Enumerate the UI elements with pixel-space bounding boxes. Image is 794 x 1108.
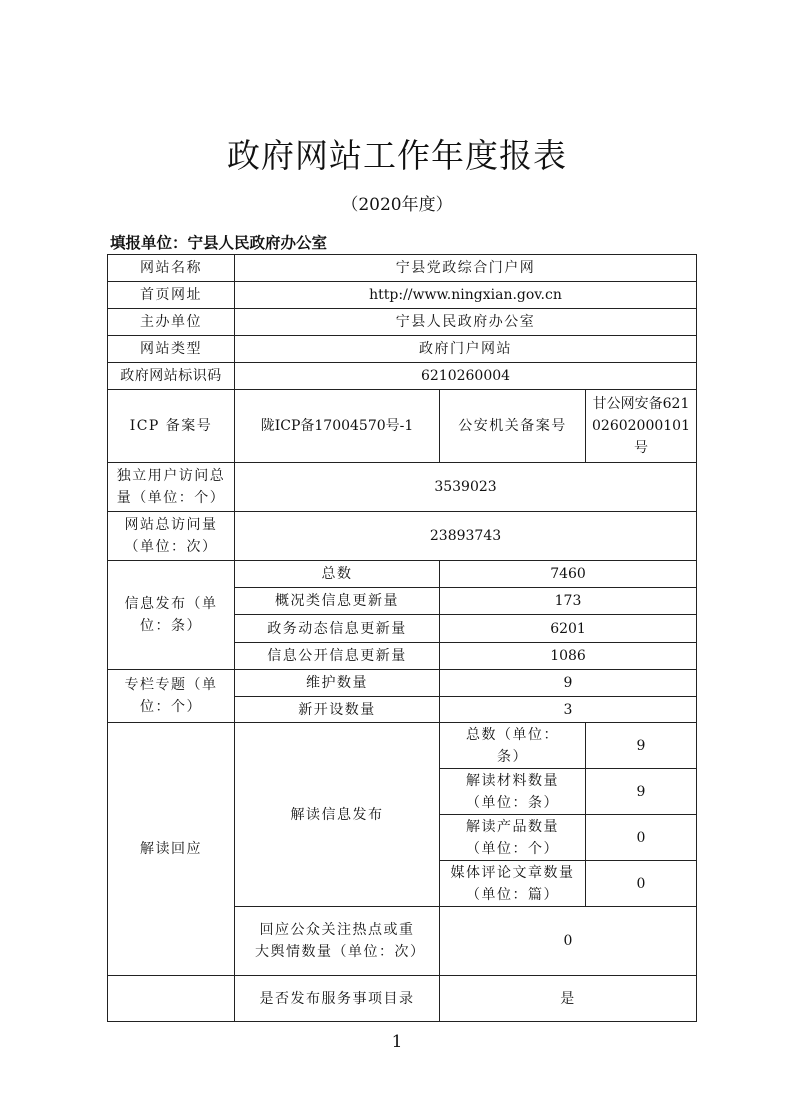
total-visits-value: 23893743 xyxy=(235,512,697,561)
table-row: 解读回应 解读信息发布 总数（单位：条） 9 xyxy=(108,723,697,769)
report-table: 网站名称 宁县党政综合门户网 首页网址 http://www.ningxian.… xyxy=(107,254,697,1022)
service-catalog-label: 是否发布服务事项目录 xyxy=(235,976,440,1022)
site-type-label: 网站类型 xyxy=(108,336,235,363)
table-row: 是否发布服务事项目录 是 xyxy=(108,976,697,1022)
hotspot-response-value: 0 xyxy=(440,907,697,976)
site-name-label: 网站名称 xyxy=(108,255,235,282)
police-record-label: 公安机关备案号 xyxy=(440,390,586,463)
table-row: 首页网址 http://www.ningxian.gov.cn xyxy=(108,282,697,309)
table-row: 政府网站标识码 6210260004 xyxy=(108,363,697,390)
table-row: 网站名称 宁县党政综合门户网 xyxy=(108,255,697,282)
maintained-count-value: 9 xyxy=(440,670,697,697)
disclosure-update-label: 信息公开信息更新量 xyxy=(235,643,440,670)
info-release-label: 信息发布（单位：条） xyxy=(108,561,235,670)
unique-visitors-value: 3539023 xyxy=(235,463,697,512)
table-row: 网站总访问量（单位：次） 23893743 xyxy=(108,512,697,561)
table-row: 专栏专题（单位：个） 维护数量 9 xyxy=(108,670,697,697)
site-name-value: 宁县党政综合门户网 xyxy=(235,255,697,282)
overview-update-label: 概况类信息更新量 xyxy=(235,588,440,615)
materials-count-label: 解读材料数量（单位：条） xyxy=(440,769,586,815)
new-count-value: 3 xyxy=(440,697,697,723)
table-row: 网站类型 政府门户网站 xyxy=(108,336,697,363)
sponsor-label: 主办单位 xyxy=(108,309,235,336)
interpretation-total-value: 9 xyxy=(586,723,697,769)
empty-cell xyxy=(108,976,235,1022)
document-title: 政府网站工作年度报表 xyxy=(0,130,794,177)
hotspot-response-label: 回应公众关注热点或重大舆情数量（单位：次） xyxy=(235,907,440,976)
table-row: 主办单位 宁县人民政府办公室 xyxy=(108,309,697,336)
reporting-unit: 填报单位：宁县人民政府办公室 xyxy=(110,231,327,253)
homepage-url-label: 首页网址 xyxy=(108,282,235,309)
site-type-value: 政府门户网站 xyxy=(235,336,697,363)
site-id-code-value: 6210260004 xyxy=(235,363,697,390)
products-count-label: 解读产品数量（单位：个） xyxy=(440,815,586,861)
interpretation-release-label: 解读信息发布 xyxy=(235,723,440,907)
table-row: ICP 备案号 陇ICP备17004570号-1 公安机关备案号 甘公网安备62… xyxy=(108,390,697,463)
police-record-value: 甘公网安备62102602000101号 xyxy=(586,390,697,463)
service-catalog-value: 是 xyxy=(440,976,697,1022)
overview-update-value: 173 xyxy=(440,588,697,615)
interpretation-total-label: 总数（单位：条） xyxy=(440,723,586,769)
icp-value: 陇ICP备17004570号-1 xyxy=(235,390,440,463)
homepage-url-value: http://www.ningxian.gov.cn xyxy=(235,282,697,309)
disclosure-update-value: 1086 xyxy=(440,643,697,670)
document-subtitle: （2020年度） xyxy=(0,190,794,215)
total-visits-label: 网站总访问量（单位：次） xyxy=(108,512,235,561)
new-count-label: 新开设数量 xyxy=(235,697,440,723)
unique-visitors-label: 独立用户访问总量（单位：个） xyxy=(108,463,235,512)
info-release-total-value: 7460 xyxy=(440,561,697,588)
table-row: 信息发布（单位：条） 总数 7460 xyxy=(108,561,697,588)
icp-label: ICP 备案号 xyxy=(108,390,235,463)
news-update-label: 政务动态信息更新量 xyxy=(235,615,440,643)
table-row: 独立用户访问总量（单位：个） 3539023 xyxy=(108,463,697,512)
products-count-value: 0 xyxy=(586,815,697,861)
info-release-total-label: 总数 xyxy=(235,561,440,588)
interpretation-label: 解读回应 xyxy=(108,723,235,976)
materials-count-value: 9 xyxy=(586,769,697,815)
site-id-code-label: 政府网站标识码 xyxy=(108,363,235,390)
news-update-value: 6201 xyxy=(440,615,697,643)
page-number: 1 xyxy=(0,1032,794,1052)
special-columns-label: 专栏专题（单位：个） xyxy=(108,670,235,723)
media-articles-label: 媒体评论文章数量（单位：篇） xyxy=(440,861,586,907)
media-articles-value: 0 xyxy=(586,861,697,907)
maintained-count-label: 维护数量 xyxy=(235,670,440,697)
sponsor-value: 宁县人民政府办公室 xyxy=(235,309,697,336)
